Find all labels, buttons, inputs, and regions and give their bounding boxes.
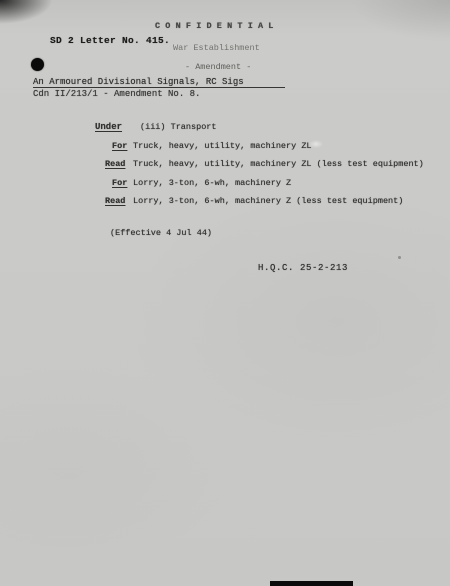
amendment-heading: - Amendment - [185,62,251,72]
under-label: Under [95,122,122,132]
war-establishment-heading: War Establishment [173,43,260,53]
scanner-black-bar [270,581,353,586]
read-text-2: Lorry, 3-ton, 6-wh, machinery Z (less te… [133,196,403,206]
unit-title-line: An Armoured Divisional Signals, RC Sigs [33,77,244,87]
read-label-1: Read [105,159,125,169]
file-reference: H.Q.C. 25-2-213 [258,263,348,273]
read-label-2: Read [105,196,125,206]
reference-line: Cdn II/213/1 - Amendment No. 8. [33,89,200,99]
letter-number-heading: SD 2 Letter No. 415. [50,36,170,46]
classification-stamp: CONFIDENTIAL [155,21,279,31]
effective-date-line: (Effective 4 Jul 44) [110,228,212,238]
for-text-1: Truck, heavy, utility, machinery ZL [133,141,312,151]
paper-speck [398,256,401,259]
page-bottom-edge-line [77,583,450,586]
for-label-2: For [112,178,127,188]
read-text-1: Truck, heavy, utility, machinery ZL (les… [133,159,424,169]
hole-punch-mark [31,58,44,71]
for-text-2: Lorry, 3-ton, 6-wh, machinery Z [133,178,291,188]
scanned-document-page: CONFIDENTIAL SD 2 Letter No. 415. War Es… [0,0,450,586]
under-text: (iii) Transport [140,122,217,132]
for-label-1: For [112,141,127,151]
paper-smudge [309,140,323,148]
